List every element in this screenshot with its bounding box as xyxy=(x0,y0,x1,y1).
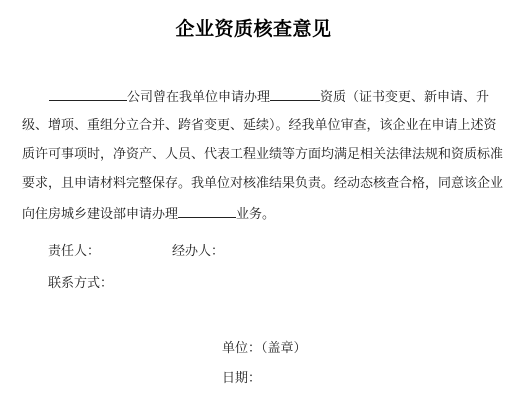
document-title: 企业资质核查意见 xyxy=(0,14,507,41)
paragraph-line-2: 级、增项、重组分立合并、跨省变更、延续）。经我单位审查，该企业在申请上述资 xyxy=(22,118,497,134)
unit-seal-label: 单位：（盖章） xyxy=(222,337,307,356)
text-segment: 业务。 xyxy=(236,207,275,222)
paragraph-line-1: 公司曾在我单位申请办理资质（证书变更、新申请、升 xyxy=(49,88,489,106)
contact-label: 联系方式： xyxy=(48,272,113,291)
date-label: 日期： xyxy=(222,367,261,386)
text-segment: 向住房城乡建设部申请办理 xyxy=(22,207,178,222)
business-blank xyxy=(178,205,236,218)
paragraph-line-3: 质许可事项时，净资产、人员、代表工程业绩等方面均满足相关法律法规和资质标准 xyxy=(22,147,503,163)
text-segment: 公司曾在我单位申请办理 xyxy=(127,90,270,105)
responsible-person-label: 责任人： xyxy=(48,240,100,259)
paragraph-line-5: 向住房城乡建设部申请办理业务。 xyxy=(22,205,275,223)
handler-label: 经办人： xyxy=(172,240,224,259)
qualification-blank xyxy=(270,88,320,101)
company-name-blank xyxy=(49,88,127,101)
text-segment: 资质（证书变更、新申请、升 xyxy=(320,90,489,105)
paragraph-line-4: 要求，且申请材料完整保存。我单位对核准结果负责。经动态核查合格，同意该企业 xyxy=(22,176,503,192)
